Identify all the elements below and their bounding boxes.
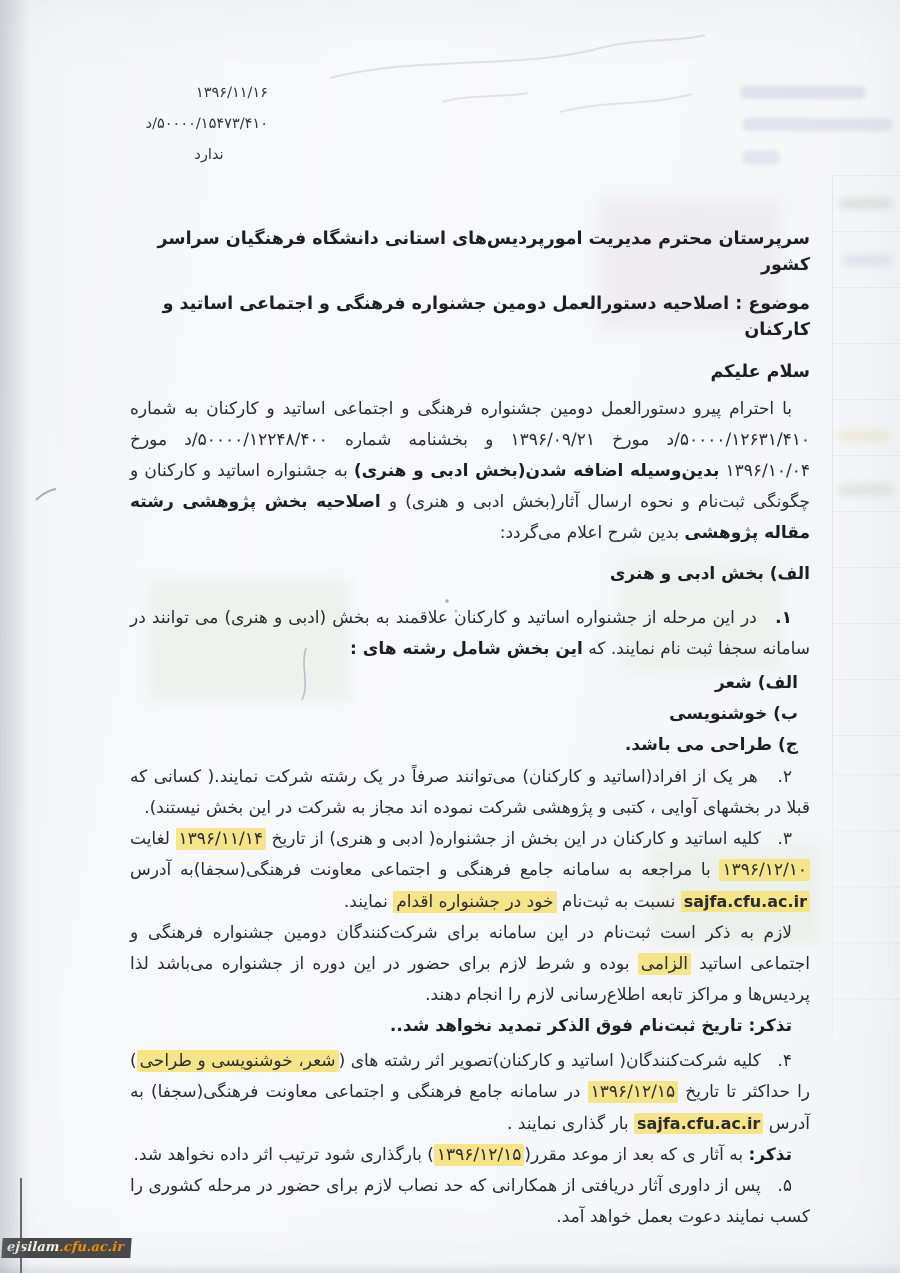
portal-url: sajfa.cfu.ac.ir xyxy=(634,1113,763,1134)
text-segment: به آثار ی که بعد از موعد مقرر( xyxy=(524,1145,748,1165)
letter-body: سرپرستان محترم مدیریت امورپردیس‌های استا… xyxy=(130,226,810,1233)
section-a-title: الف) بخش ادبی و هنری xyxy=(130,561,810,587)
highlighted-text: خود در جشنواره اقدام xyxy=(393,891,556,913)
highlighted-text: شعر، خوشنویسی و طراحی xyxy=(137,1050,339,1072)
bleedthrough-smudge xyxy=(838,484,893,496)
item-1: ۱. در این مرحله از جشنواره اساتید و کارک… xyxy=(130,603,810,665)
text-segment: ۴. کلیه شرکت‌کنندگان( اساتید و کارکنان)ت… xyxy=(339,1051,792,1071)
text-segment: نسبت به ثبت‌نام xyxy=(557,892,681,912)
text-segment: ۲. هر یک از افراد(اساتید و کارکنان) می‌ت… xyxy=(130,767,810,818)
bleedthrough-smudge xyxy=(742,150,780,165)
recipient-line: سرپرستان محترم مدیریت امورپردیس‌های استا… xyxy=(130,226,810,278)
bleedthrough-smudge xyxy=(838,430,890,442)
text-segment: بدین‌وسیله اضافه شدن(بخش ادبی و هنری) xyxy=(354,461,720,481)
scanned-letter-page: ۱۳۹۶/۱۱/۱۶ ۵۰۰۰۰/۱۵۴۷۳/۴۱۰/د ندارد سرپرس… xyxy=(0,0,900,1273)
note-paragraph: لازم به ذکر است ثبت‌نام در این سامانه بر… xyxy=(130,918,810,1011)
letter-attachment: ندارد xyxy=(128,144,268,166)
bleedthrough-smudge xyxy=(838,198,892,209)
text-segment: ۱. xyxy=(775,608,792,628)
highlighted-text: الزامی xyxy=(638,953,691,975)
text-segment: نمایند. xyxy=(344,892,393,912)
bleedthrough-table-grid-lower xyxy=(832,775,900,1035)
text-segment: لغایت xyxy=(130,829,176,849)
pen-mark xyxy=(36,489,56,500)
highlighted-text: ۱۳۹۶/۱۲/۱۰ xyxy=(719,859,810,881)
item-3: ۳. کلیه اساتید و کارکنان در این بخش از ج… xyxy=(130,824,810,918)
scan-edge-shadow-bottom xyxy=(0,1263,900,1273)
text-segment: ۵. پس از داوری آثار دریافتی از همکارانی … xyxy=(130,1176,810,1227)
bleedthrough-smudge xyxy=(842,255,892,266)
salutation: سلام علیکم xyxy=(130,359,810,385)
letter-date: ۱۳۹۶/۱۱/۱۶ xyxy=(128,82,268,104)
item-2: ۲. هر یک از افراد(اساتید و کارکنان) می‌ت… xyxy=(130,762,810,824)
text-segment: بدین شرح اعلام می‌گردد: xyxy=(500,523,685,543)
highlighted-text: ۱۳۹۶/۱۱/۱۴ xyxy=(176,828,267,850)
handwriting-stroke xyxy=(442,93,528,102)
text-segment: با مراجعه به سامانه جامع فرهنگی و اجتماع… xyxy=(130,860,719,880)
letter-number: ۵۰۰۰۰/۱۵۴۷۳/۴۱۰/د xyxy=(128,113,268,135)
sub-item-poetry: الف) شعر xyxy=(130,669,810,698)
bleedthrough-smudge xyxy=(740,86,866,99)
watermark-domain: .cfu.ac.ir xyxy=(59,1240,125,1255)
bleedthrough-smudge xyxy=(742,118,892,131)
sub-item-design: ج) طراحی می باشد. xyxy=(130,731,810,760)
text-segment: این بخش شامل رشته های : xyxy=(350,639,583,659)
handwriting-stroke xyxy=(560,94,692,112)
notice-1: تذکر: تاریخ ثبت‌نام فوق الذکر تمدید نخوا… xyxy=(130,1011,810,1042)
text-segment: تذکر: تاریخ ثبت‌نام فوق الذکر تمدید نخوا… xyxy=(390,1016,792,1036)
notice-2: تذکر: به آثار ی که بعد از موعد مقرر(۱۳۹۶… xyxy=(130,1140,810,1171)
intro-paragraph: با احترام پیرو دستورالعمل دومین جشنواره … xyxy=(130,394,810,549)
subject-line: موضوع : اصلاحیه دستورالعمل دومین جشنواره… xyxy=(130,291,810,343)
scan-edge-shadow-left xyxy=(0,0,30,1273)
item-5: ۵. پس از داوری آثار دریافتی از همکارانی … xyxy=(130,1171,810,1233)
sub-item-calligraphy: ب) خوشنویسی xyxy=(130,700,810,729)
text-segment: تذکر: xyxy=(749,1145,792,1165)
highlighted-text: ۱۳۹۶/۱۲/۱۵ xyxy=(588,1081,679,1103)
letter-meta-block: ۱۳۹۶/۱۱/۱۶ ۵۰۰۰۰/۱۵۴۷۳/۴۱۰/د ندارد xyxy=(128,82,268,175)
handwriting-stroke xyxy=(330,35,705,78)
text-segment: ۳. کلیه اساتید و کارکنان در این بخش از ج… xyxy=(266,829,792,849)
text-segment: ) بارگذاری شود ترتیب اثر داده نخواهد شد. xyxy=(134,1145,434,1165)
item-4: ۴. کلیه شرکت‌کنندگان( اساتید و کارکنان)ت… xyxy=(130,1046,810,1140)
highlighted-text: ۱۳۹۶/۱۲/۱۵ xyxy=(434,1144,525,1166)
portal-url: sajfa.cfu.ac.ir xyxy=(681,891,810,912)
text-segment: بار گذاری نمایند . xyxy=(507,1114,634,1134)
